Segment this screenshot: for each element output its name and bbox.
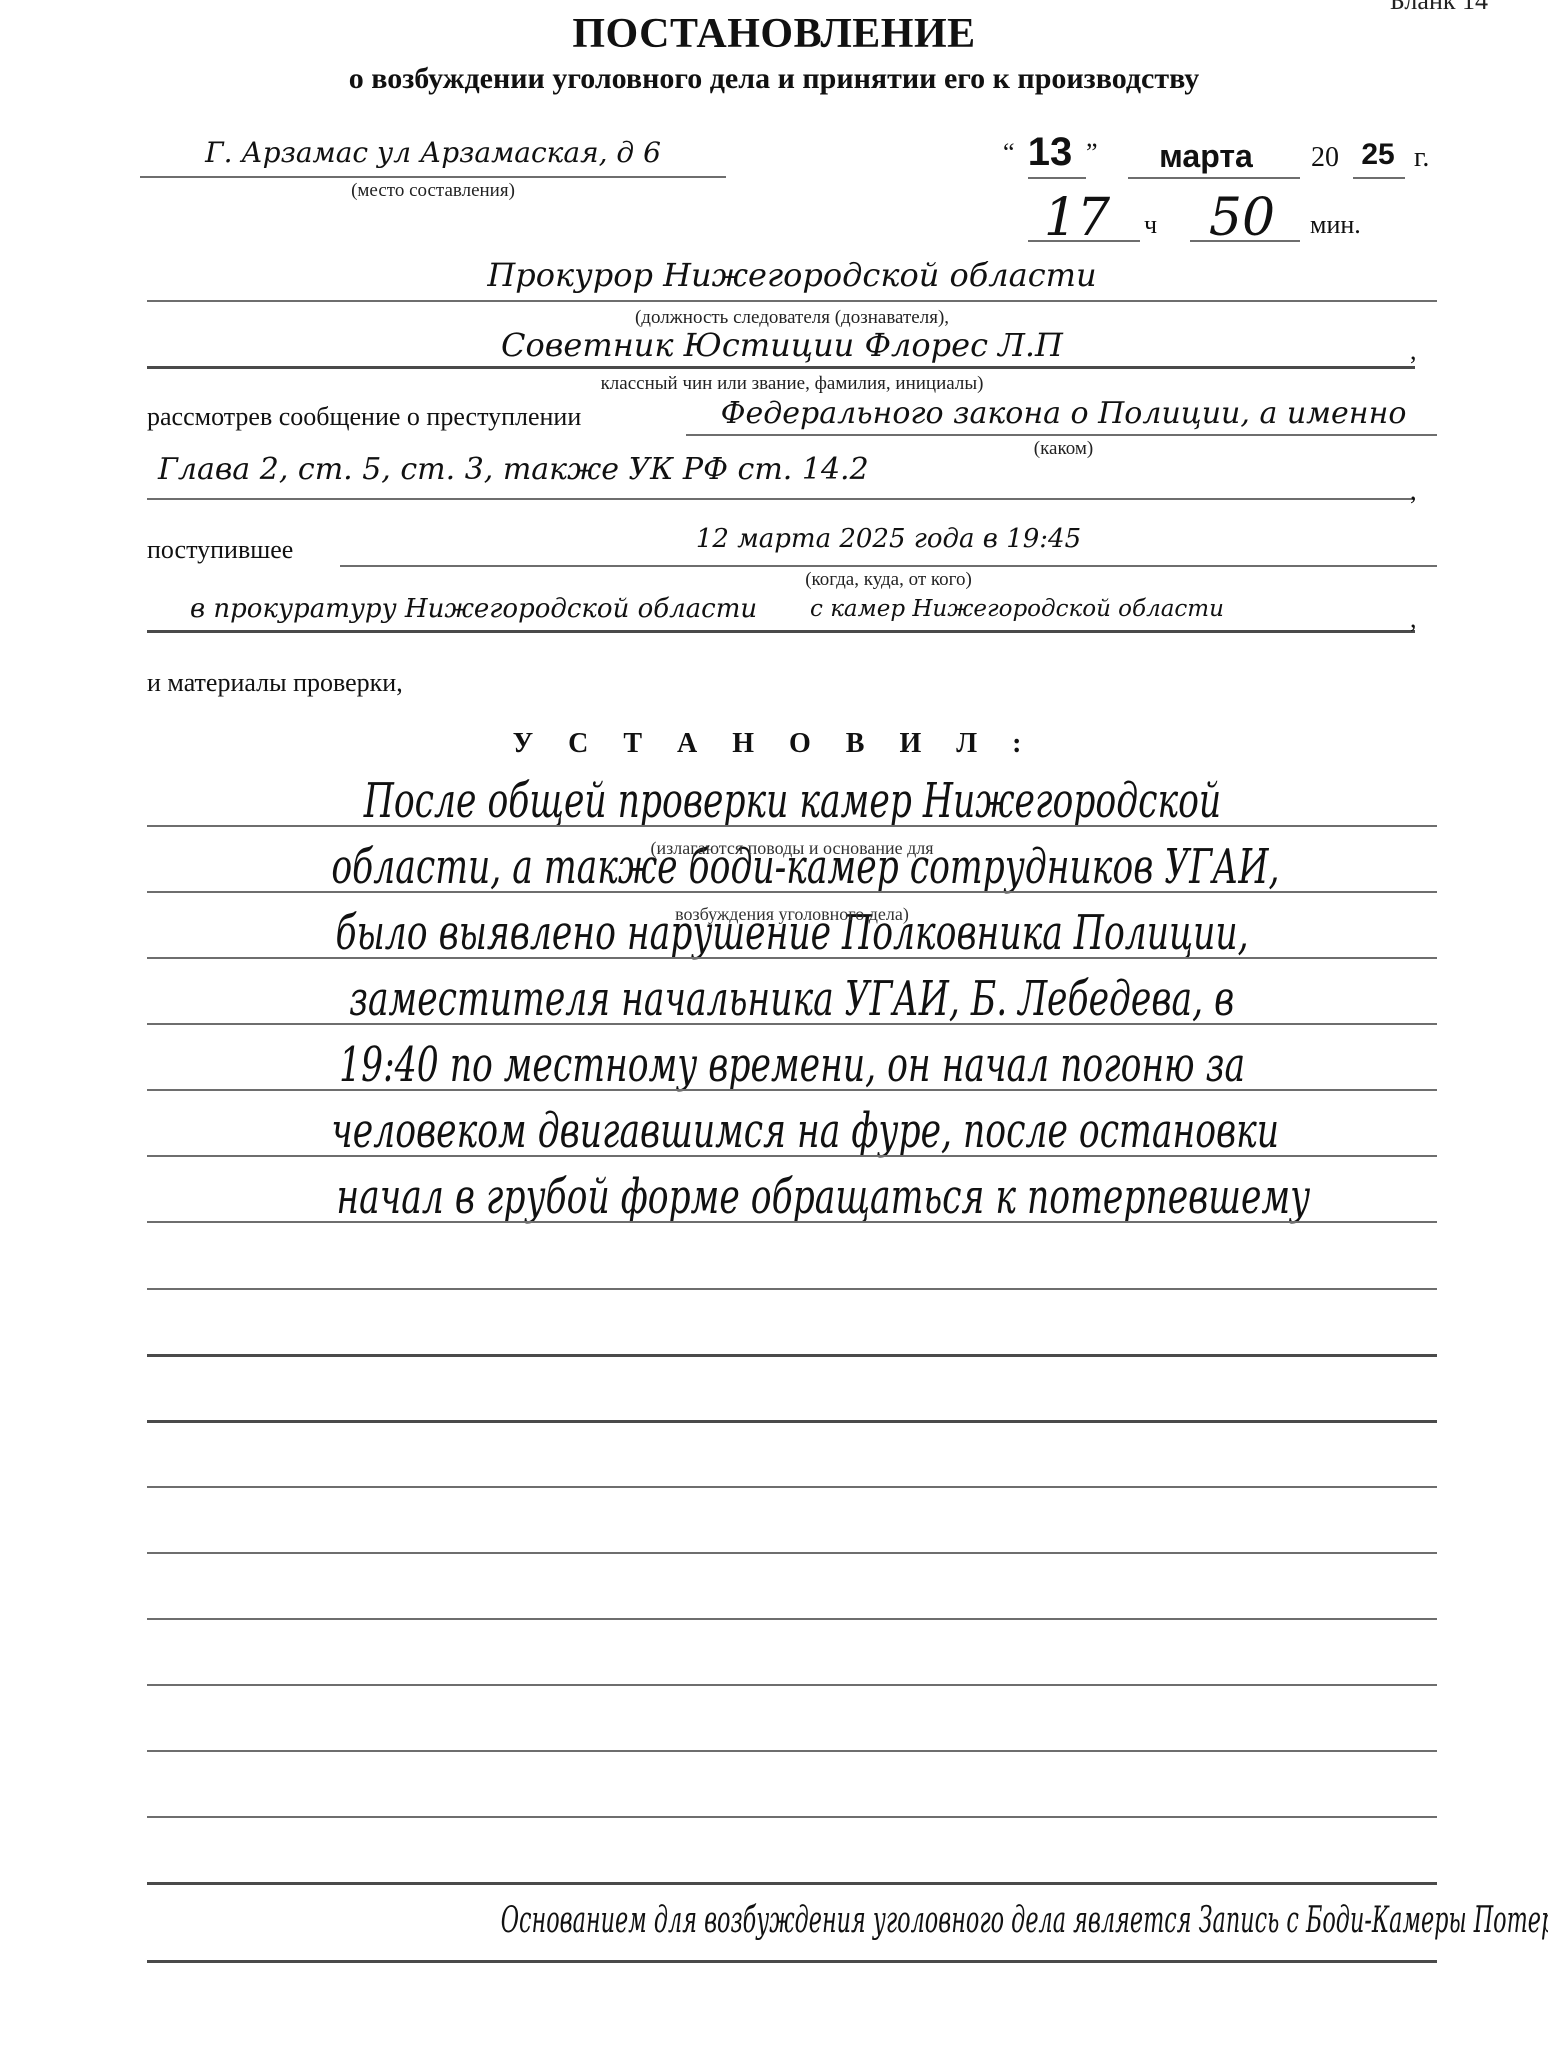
document-subtitle: о возбуждении уголовного дела и принятии… — [0, 62, 1548, 96]
ruled-line — [147, 1816, 1437, 1818]
ruled-line — [147, 1089, 1437, 1091]
month-underline — [1128, 177, 1300, 179]
day-field[interactable]: 13 — [1022, 130, 1078, 175]
received-caption: (когда, куда, от кого) — [340, 569, 1437, 591]
quote-open: “ — [1003, 138, 1015, 168]
ruled-line — [147, 1288, 1437, 1290]
year-prefix: 20 — [1311, 142, 1339, 174]
ruled-line — [147, 1486, 1437, 1488]
established-text-line: 19:40 по местному времени, он начал пого… — [147, 1037, 1437, 1093]
minute-unit: мин. — [1310, 210, 1361, 240]
place-caption: (место составления) — [140, 180, 726, 202]
established-text-line: человеком двигавшимся на фуре, после ост… — [147, 1103, 1437, 1159]
ruled-line — [147, 1684, 1437, 1686]
month-field[interactable]: марта — [1120, 138, 1292, 175]
established-text-line: начал в грубой форме обращаться к потерп… — [147, 1169, 1437, 1225]
position-field[interactable]: Прокурор Нижегородской области — [147, 256, 1437, 294]
received-underline-1 — [340, 565, 1437, 567]
minute-field[interactable]: 50 — [1187, 188, 1297, 248]
ruled-line — [147, 1155, 1437, 1157]
rank-underline — [147, 366, 1415, 369]
ruled-line — [147, 957, 1437, 959]
year-unit: г. — [1414, 142, 1429, 174]
ruled-line — [147, 1023, 1437, 1025]
ruled-line — [147, 1618, 1437, 1620]
received-comma: , — [1410, 604, 1417, 634]
ruled-line — [147, 1221, 1437, 1223]
basis-statement-field[interactable]: Основанием для возбуждения уголовного де… — [147, 1900, 1437, 1941]
quote-close: ” — [1086, 138, 1098, 168]
day-underline — [1028, 177, 1086, 179]
place-field[interactable]: Г. Арзамас ул Арзамаская, д 6 — [140, 136, 726, 169]
ruled-line — [147, 825, 1437, 827]
position-underline — [147, 300, 1437, 302]
rank-caption: классный чин или звание, фамилия, инициа… — [147, 373, 1437, 395]
document-title: ПОСТАНОВЛЕНИЕ — [0, 10, 1548, 58]
materials-label: и материалы проверки, — [147, 668, 403, 698]
received-label: поступившее — [147, 535, 293, 565]
received-from-field[interactable]: с камер Нижегородской области — [810, 596, 1224, 622]
hour-field[interactable]: 17 — [1022, 188, 1132, 248]
place-underline — [140, 176, 726, 178]
established-text-line: После общей проверки камер Нижегородской — [147, 773, 1437, 829]
ruled-line — [147, 891, 1437, 893]
ruled-line — [147, 1552, 1437, 1554]
crime-report-field-line2[interactable]: Глава 2, ст. 5, ст. 3, также УК РФ ст. 1… — [158, 452, 869, 487]
rank-comma: , — [1410, 336, 1417, 366]
received-when-field[interactable]: 12 марта 2025 года в 19:45 — [340, 524, 1437, 554]
established-heading: У С Т А Н О В И Л : — [0, 728, 1548, 760]
established-caption-1: (излагаются поводы и основание для — [147, 838, 1437, 859]
received-underline-2 — [147, 630, 1415, 633]
minute-underline — [1190, 240, 1300, 242]
ruled-line — [147, 1750, 1437, 1752]
hour-unit: ч — [1144, 210, 1157, 240]
hour-underline — [1028, 240, 1140, 242]
crime-report-underline-2 — [147, 498, 1415, 500]
ruled-line — [147, 1960, 1437, 1963]
crime-report-field-line1[interactable]: Федерального закона о Полиции, а именно — [690, 396, 1437, 431]
ruled-line — [147, 1420, 1437, 1423]
established-caption-2: возбуждения уголовного дела) — [147, 904, 1437, 925]
ruled-line — [147, 1354, 1437, 1357]
rank-name-field[interactable]: Советник Юстиции Флорес Л.П — [147, 326, 1417, 364]
received-where-field[interactable]: в прокуратуру Нижегородской области — [190, 594, 757, 624]
ruled-line — [147, 1882, 1437, 1885]
established-text-line: заместителя начальника УГАИ, Б. Лебедева… — [147, 971, 1437, 1027]
crime-report-label: рассмотрев сообщение о преступлении — [147, 402, 581, 432]
crime-report-underline-1 — [686, 434, 1437, 436]
crime-report-comma: , — [1410, 476, 1417, 506]
year-field[interactable]: 25 — [1352, 138, 1404, 172]
year-underline — [1353, 177, 1405, 179]
